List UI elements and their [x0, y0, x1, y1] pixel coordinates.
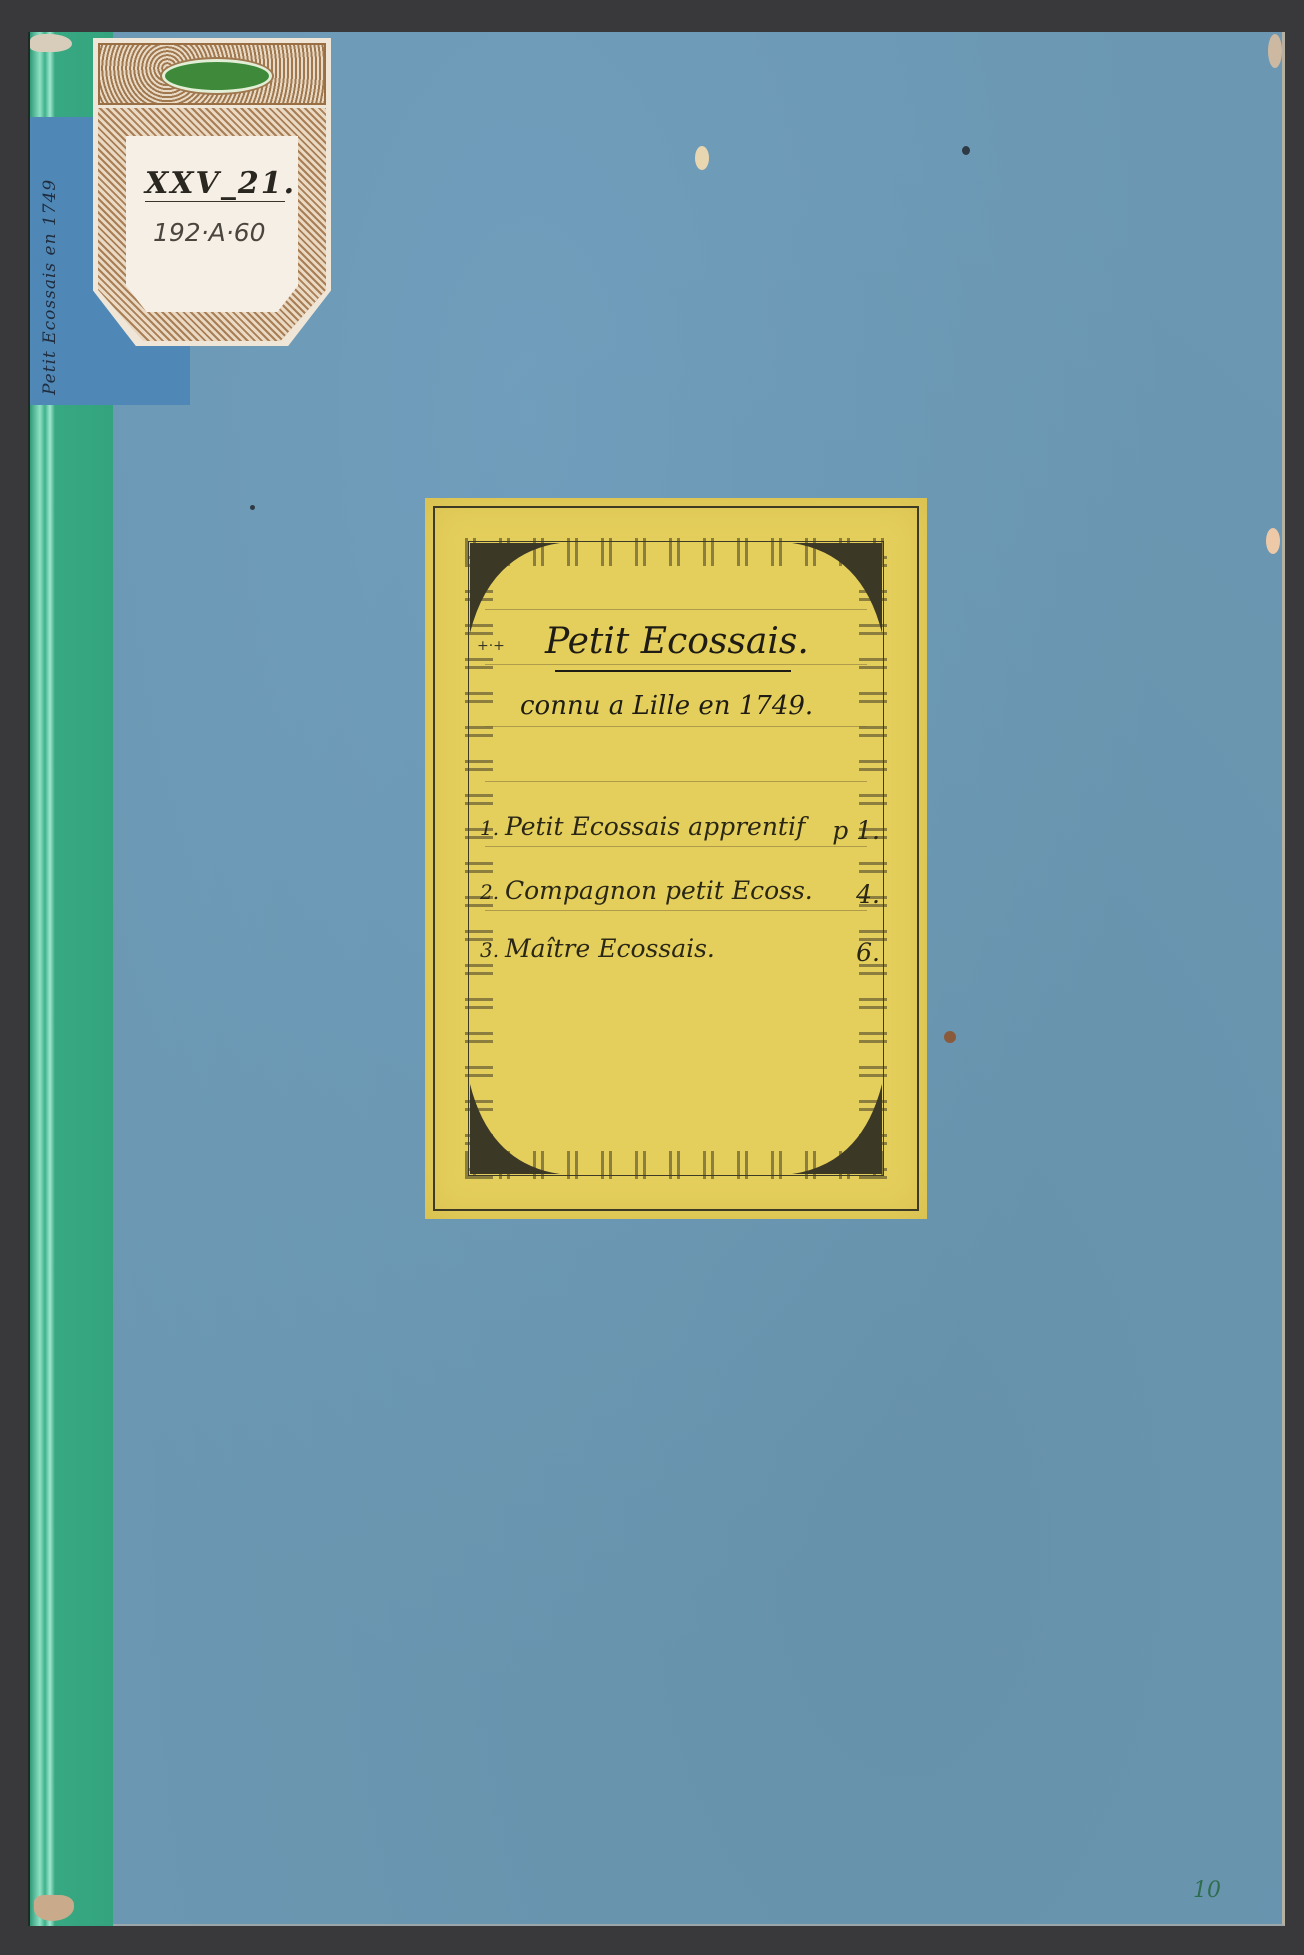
document-subtitle: connu a Lille en 1749. [520, 691, 840, 721]
contents-item: 3. Maître Ecossais. 6. [480, 938, 880, 978]
paper-spot [695, 146, 709, 170]
item-page: p 1. [832, 816, 880, 845]
shelfmark-label: XXV_21. 192·A·60 [93, 38, 331, 346]
paper-spot [250, 505, 255, 510]
item-page: 4. [856, 880, 880, 909]
item-number: 2. [480, 880, 499, 904]
item-text: Compagnon petit Ecoss. [505, 876, 813, 905]
ruled-line [485, 664, 867, 665]
cross-marker: +·+ [477, 638, 505, 654]
corner-note: 10 [1193, 1878, 1221, 1903]
ruled-line [485, 609, 867, 610]
rust-spot [944, 1031, 956, 1043]
corner-wear [30, 34, 72, 52]
spine-title: Petit Ecossais en 1749 [40, 130, 80, 395]
contents-item: 1. Petit Ecossais apprentif p 1. [480, 816, 880, 856]
paper-spot [962, 146, 970, 155]
document-title: Petit Ecossais. [545, 621, 825, 662]
item-number: 3. [480, 938, 499, 962]
green-oval-cartouche [162, 59, 272, 93]
ruled-line [485, 726, 867, 727]
title-underline [555, 670, 791, 672]
corner-wear [1268, 34, 1282, 68]
contents-item: 2. Compagnon petit Ecoss. 4. [480, 880, 880, 920]
ruled-line [485, 781, 867, 782]
shelfmark-line-1: XXV_21. [145, 166, 285, 202]
item-page: 6. [856, 938, 880, 967]
item-text: Maître Ecossais. [505, 934, 715, 963]
title-label: +·+ Petit Ecossais. connu a Lille en 174… [425, 498, 927, 1219]
edge-damage [1266, 528, 1280, 554]
shelfmark-ornament-header [98, 43, 326, 105]
item-text: Petit Ecossais apprentif [505, 812, 805, 841]
shelfmark-line-2: 192·A·60 [153, 218, 293, 247]
item-number: 1. [480, 816, 499, 840]
